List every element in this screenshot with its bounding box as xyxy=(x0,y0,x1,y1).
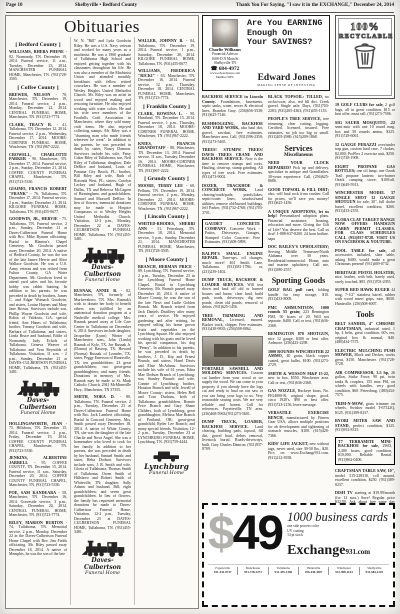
daves-culbertson-funeral-home-ad: Daves-CulbertsonFuneral Home xyxy=(74,538,131,578)
classified-ad-lead: 1000 ROUNDS WINCHESTER 22 AMMO, xyxy=(268,349,329,359)
location-phone: 931-968-1144 xyxy=(329,571,358,575)
classified-section-heading: Sporting Goods xyxy=(268,276,329,285)
classified-ad-lead: T7 TERRAMITE MINI-BACKHOE for sale, xyxy=(338,439,392,449)
obituary-name: CLARK, TRACY R. xyxy=(9,122,56,127)
section-heading-text: Sporting Goods xyxy=(268,276,329,285)
county-heading: [ Lincoln County ] xyxy=(138,214,195,220)
obituary-entry: WHITED-RHODES, SHERRI ANN - 51, Petersbu… xyxy=(138,222,195,254)
section-heading-text: Tools xyxy=(335,310,395,319)
classified-ad-lead: DUMP TRUCK, LOADER, BACKHOE SERVICE. xyxy=(202,419,263,429)
coupon-locations: Fayetteville931-433-9737Manchester931-72… xyxy=(208,564,389,575)
obituary-entry: MOORE, TERRY LEE - 68, Pelham, TN. Decem… xyxy=(138,184,195,211)
exchange-logo-suffix: 931.com xyxy=(345,548,370,556)
obituary-name: KNIES, FRANCIS GRANDSTAFF xyxy=(138,141,195,151)
masthead-region: Shelbyville • Bedford County xyxy=(46,3,166,8)
classified-photo-ad: PORTABLE SAWMILL AND MOLDING SERVICES. C… xyxy=(202,336,263,417)
location-phone: 931-684-1201 xyxy=(360,571,389,575)
classified-ad-lead: 12 GAUGE PERAZZI xyxy=(335,142,376,147)
classified-ad: HERITAGE PISTOL HOLSTER, nice, leather, … xyxy=(335,271,395,285)
county-heading: [ Grundy County ] xyxy=(138,176,195,182)
classifieds-section: Charlie Williams Financial Advisor 1608-… xyxy=(202,15,395,607)
exchange-logo-text: Exchange xyxy=(287,543,345,558)
obituaries-columns: [ Bedford County ]WILLIAMS, RHEBA PHENE … xyxy=(6,37,198,605)
funeral-home-name: Daves-Culbertson xyxy=(74,557,131,571)
classified-ad: BELT SANDER, 4" CHROME CRAFTSMAN, indust… xyxy=(335,322,395,345)
classified-ad-lead: SUPER RED HAWK RUGER xyxy=(335,287,390,292)
classified-ad: CRAFTSMAN TABLE SAW, 10", model 315-2283… xyxy=(335,469,395,487)
classified-ad: RALPH'S SMALL ENGINE REPAIR. Tune-ups, o… xyxy=(202,252,263,275)
coupon-info: 1000 business cards one side process col… xyxy=(282,508,388,559)
classified-boxed-ad: T7 TERRAMITE MINI-BACKHOE for sale, 2WD,… xyxy=(335,437,395,466)
obituary-entry: POE, SAM KANDEARA - 58, Manchester, TN. … xyxy=(9,491,67,518)
obituary-name: RUSNAK, ANNIE B. xyxy=(74,288,121,293)
obituary-entry: CLARK, TRACY R. - 41, Tullahoma, TN. Dec… xyxy=(9,123,67,150)
dollar-sign: $ xyxy=(208,507,233,560)
obituary-entry: WILLIAMS, FREDERICA "RICKI" - 63, Manche… xyxy=(138,69,195,101)
classified-boxed-ad: GAUDET CONCRETE COMPANY. Concrete Work -… xyxy=(202,219,263,248)
classified-section-heading: ServicesMiscellaneous xyxy=(268,144,329,159)
coupon-spec-3: 14 pt stock xyxy=(287,533,388,538)
obituary-name: GIAIMO, FRANCIS ROBERT "FRANK" xyxy=(9,186,67,196)
classified-ad-text: GAUDET CONCRETE COMPANY. Concrete Work -… xyxy=(205,222,260,245)
classified-ad: BACKHOE SERVICE in Lincoln County. Found… xyxy=(202,95,263,118)
classified-ad: 19 GOLF CLUBS for sale, 2 golf bags, all… xyxy=(335,103,395,117)
obituary-name: WILLIAMS, RHEBA PHENE xyxy=(9,49,66,54)
classified-ad-lead: CRAFTSMAN TABLE SAW, 10", xyxy=(335,468,395,473)
county-heading: [ Franklin County ] xyxy=(138,104,195,110)
obituary-entry: RILEY, MARION BURTON - 74, Tullahoma, TN… xyxy=(9,521,67,557)
recyclable-line-2: RECYCLABLE xyxy=(339,33,391,41)
classified-ad: SIG SAUER MOSQUITO, .22 semi-auto with o… xyxy=(335,121,395,139)
classified-ad-lead: REMINGTON 870 SHOTGUN, xyxy=(268,331,329,336)
funeral-home-subname: Funeral Home xyxy=(74,571,131,576)
location-phone: 256-430-4307 xyxy=(299,571,328,575)
classified-ad: REMINGTON 870 SHOTGUN, nice 12 gauge, $3… xyxy=(268,332,329,346)
obituary-name: RILEY, MARION BURTON xyxy=(9,520,66,525)
section-subheading-text: Miscellaneous xyxy=(268,153,329,159)
member-sipc: Member SIPC xyxy=(206,75,244,79)
daves-culbertson-funeral-home-ad: Daves-CulbertsonFuneral Home xyxy=(74,245,131,285)
classified-ad-lead: RALPH'S SMALL ENGINE REPAIR. xyxy=(202,251,263,261)
obituary-entry: BRANCH, HERMAN PRICE - 89, Lynchburg, TN… xyxy=(138,265,195,445)
obituary-column-1: [ Bedford County ]WILLIAMS, RHEBA PHENE … xyxy=(6,37,70,605)
classified-ad: TREE TRIMMING AND REMOVAL, Licensed, ins… xyxy=(202,314,263,332)
classified-ad: PMC AMMUNITION, 1000 rounds 55 grain; 22… xyxy=(268,306,329,329)
classified-ad-lead: VERSATILE EXERCISE BENCH, xyxy=(268,410,329,420)
obituary-entry: GIAIMO, FRANCIS ROBERT "FRANK" - 76, Tul… xyxy=(9,187,67,214)
classified-ad: DUMP TRUCK, BACKHOE & LOADER SERVICES. W… xyxy=(202,278,263,310)
classified-ad-text: PORTABLE SAWMILL AND MOLDING SERVICES. C… xyxy=(202,367,263,417)
classified-ad-lead: DUMP TRUCK, BACKHOE & LOADER SERVICES. xyxy=(202,277,263,287)
classified-ad-lead: PORTABLE SAWMILL AND MOLDING SERVICES. xyxy=(202,366,263,376)
obituary-continuation: W. N. "Bill" and Lyda Goodwin Riley. He … xyxy=(74,39,131,242)
classified-ad-lead: NEED YOUR CLOCK REPAIRED? xyxy=(268,160,329,170)
funeral-home-subname: Funeral Home xyxy=(74,278,131,283)
classified-ad-lead: GAUDET CONCRETE COMPANY. xyxy=(205,221,260,231)
funeral-home-name: Daves-Culbertson xyxy=(9,397,67,411)
obituary-entry: JENKINS, ALBERTINE JARRELL - 95, COFFEE … xyxy=(9,456,67,488)
masthead-slogan: Thank You For Saying, "I saw it in the E… xyxy=(236,3,394,8)
classified-ad-text: T7 TERRAMITE MINI-BACKHOE for sale, 2WD,… xyxy=(338,440,392,463)
price-number: 49 xyxy=(233,507,282,560)
classified-ad: POOL TABLE for sale, all accessories inc… xyxy=(335,249,395,267)
train-engine-icon xyxy=(80,247,126,264)
obituary-name: JENKINS, ALBERTINE JARRELL xyxy=(9,455,67,465)
classified-ad: RYOBI MITER SAW AND STAND, perfect condi… xyxy=(335,419,395,433)
obituary-name: HOLLINGSWORTH, JEAN xyxy=(9,421,66,426)
newspaper-page: Page 10 Shelbyville • Bedford County Tha… xyxy=(0,0,400,614)
trash-can-icon xyxy=(352,41,378,71)
classified-section-heading: Tools xyxy=(335,310,395,319)
section-heading-text: Services xyxy=(268,144,329,153)
classified-ad-lead: DISH TV xyxy=(335,490,353,495)
ad-copy: Are You EARNING Enough On Your SAVINGS? … xyxy=(244,19,326,87)
obituary-name: BREWER, NELSON xyxy=(9,92,56,97)
obituaries-title: Obituaries xyxy=(6,16,198,37)
classified-ad-lead: ELECTRIC MULCHING PUSH MOWER, xyxy=(335,348,395,358)
classified-ad: GOOD TOPSOIL & FILL DIRT; also, will hau… xyxy=(268,188,329,206)
classified-ad-lead: SMITH & WESSON M&P 15-22, xyxy=(268,371,329,376)
obituary-name: WILLIAMS, FREDERICA "RICKI" xyxy=(138,68,195,78)
classified-ad: SUPER RED HAWK RUGER 44 mag, 7-1/2" stai… xyxy=(335,288,395,306)
classified-ad-lead: A UNIQUE ADOPTIONS, let us help! xyxy=(268,209,329,219)
classified-ad-lead: BUSHHOGGING, BACKHOE AND YARD WORK, xyxy=(202,121,263,131)
county-heading: [ Moore County ] xyxy=(138,257,195,263)
obituary-name: WHITED-RHODES, SHERRI ANN xyxy=(138,221,195,231)
obituary-name: GOODWIN, JR., HERVIE xyxy=(9,216,59,221)
classified-ad-lead: 19 GOLF CLUBS for sale, xyxy=(335,103,384,107)
classified-ad-lead: KIDS' LIFE JACKET, xyxy=(268,441,308,446)
classified-ad-lead: EIGHT PROPANE GAS BOTTLES; xyxy=(335,164,395,174)
recyclable-ad: 100% RECYCLABLE xyxy=(335,15,395,99)
obituary-name: MOORE, TERRY LEE xyxy=(138,183,186,188)
classified-ad-lead: DOZER, TRACKHOE & CONCRETE WORK. xyxy=(202,183,263,193)
classified-ad: ELECTRIC MULCHING PUSH MOWER, Black and … xyxy=(335,349,395,367)
coupon-location: Winchester931-968-1144 xyxy=(328,567,358,575)
coupon-top: $49 1000 business cards one side process… xyxy=(208,508,389,560)
obituary-entry: KNIES, FRANCIS GRANDSTAFF - 88, Winchest… xyxy=(138,142,195,174)
classified-ad: GOLF BAG pull cart, folding handle for e… xyxy=(268,288,329,302)
location-phone: 931-728-3273 xyxy=(238,571,267,575)
classified-ad: KIDS' LIFE JACKET, new without tags, nev… xyxy=(268,442,329,460)
classified-ad-lead: TREES! STUMPS! TREES! DAVIS TREES CRANE … xyxy=(202,147,263,161)
county-heading: [ Coffee County ] xyxy=(9,85,67,91)
obituary-entry: RUSNAK, ANNIE B. - 82, Manchester, TN, f… xyxy=(74,289,131,393)
classified-ad: PEOPLE'S TREE SERVICE, tree trimming, cl… xyxy=(268,117,329,140)
funeral-home-subname: Funeral Home xyxy=(138,471,195,476)
classified-ad: SMITH & WESSON M&P 15-22, new in box, $5… xyxy=(268,372,329,386)
classified-ad: 12 GAUGE PERAZZI over/under trap gun, cu… xyxy=(335,143,395,161)
classified-ad: AIR COMPRESSOR, 3.5 hp, 26 gallon, Strik… xyxy=(335,371,395,398)
masthead-rule xyxy=(6,12,394,13)
classified-ad: BUSHHOGGING, BACKHOE AND YARD WORK, also… xyxy=(202,122,263,145)
sawmill-photo xyxy=(202,336,263,366)
obituary-entry: HOLLINGSWORTH, JEAN - 75, Hillsboro, TN.… xyxy=(9,422,67,454)
coupon-price: $49 xyxy=(208,508,282,560)
classified-ad-lead: BACKHOE SERVICE in Lincoln County. xyxy=(202,95,263,104)
exchange-logo: Exchange931.com xyxy=(287,541,388,559)
county-heading: [ Bedford County ] xyxy=(9,42,67,48)
logo-text: Edward Jones xyxy=(247,73,326,83)
train-engine-icon xyxy=(80,540,126,557)
classified-ad-lead: SIG SAUER MOSQUITO, .22 xyxy=(335,120,395,125)
classified-ad: EIGHT PROPANE GAS BOTTLES; one oil lamp;… xyxy=(335,165,395,188)
obituary-entry: WALLER, JOHNNY B. - 84, Tullahoma, TN. D… xyxy=(138,39,195,66)
recyclable-ad-inner: 100% RECYCLABLE xyxy=(338,18,392,96)
obituary-entry: WILLIAMS, RHEBA PHENE - 82, Normandy, TN… xyxy=(9,50,67,82)
classified-ad: TRIM-N-MOW, grass trimmer on wheels, Swi… xyxy=(335,402,395,416)
obituaries-section: Obituaries [ Bedford County ]WILLIAMS, R… xyxy=(5,15,199,609)
location-phone: 931-433-9737 xyxy=(208,571,237,575)
classified-ad-lead: TRIM-N-MOW, xyxy=(335,401,364,406)
classified-ad-lead: DOC BAILEY'S UPHOLSTERY; xyxy=(268,244,329,249)
classified-ad: DOC BAILEY'S UPHOLSTERY; Serving Middle … xyxy=(268,245,329,272)
classified-ad: FLORA CLAY TARGET RANGE NOW OFFERS HANDG… xyxy=(335,218,395,245)
classified-ad: BLACK TOPSOIL: TILLED, no rocks/roots; a… xyxy=(268,95,329,113)
funeral-home-subname: Funeral Home xyxy=(9,411,67,416)
coupon-location: Huntsville256-430-4307 xyxy=(298,567,328,575)
logo-tagline: MAKING SENSE OF INVESTING xyxy=(247,83,326,87)
classified-ad: DOZER, TRACKHOE & CONCRETE WORK. Land cl… xyxy=(202,184,263,216)
obituary-name: CROWELL, CHARLOTTE PARKER xyxy=(9,152,67,162)
classified-ad-lead: HERITAGE PISTOL HOLSTER, xyxy=(335,270,395,275)
classified-ad-lead: POOL TABLE for sale, xyxy=(335,248,387,253)
classified-ad: GAS NOZZLE, Buckeye brass, No. FIG4000-B… xyxy=(268,389,329,407)
advisor-photo xyxy=(212,19,238,47)
classified-ad-lead: GOOD TOPSOIL & FILL DIRT; xyxy=(268,187,329,192)
classified-ad-lead: AIR COMPRESSOR, 3.5 hp, xyxy=(335,370,389,375)
advisor-info: Charlie Williams Financial Advisor 1608-… xyxy=(206,19,244,87)
classified-ad-lead: PEOPLE'S TREE SERVICE, xyxy=(268,116,321,121)
daves-culbertson-funeral-home-ad: Daves-CulbertsonFuneral Home xyxy=(9,378,67,418)
hearse-icon xyxy=(152,450,182,462)
classified-ad-lead: BLACK TOPSOIL: TILLED, xyxy=(268,95,323,99)
obituary-name: CLARK, ROWENA L. xyxy=(138,111,186,116)
coupon-location: Manchester931-728-3273 xyxy=(237,567,267,575)
obituary-entry: SMITH, NORA D. - 80, Tullahoma, TN. Fune… xyxy=(74,395,131,535)
obituary-entry: CLARK, ROWENA L. - 90, Huntland, TN. Dec… xyxy=(138,112,195,139)
classified-ad-lead: RYOBI MITER SAW AND STAND, xyxy=(335,418,395,428)
coupon-product: 1000 business cards xyxy=(287,511,388,524)
obituary-column-3: WALLER, JOHNNY B. - 84, Tullahoma, TN. D… xyxy=(134,37,198,605)
coupon-location: Tullahoma931-455-1360 xyxy=(268,567,298,575)
classified-ad: DUMP TRUCK, LOADER, BACKHOE SERVICE. Lan… xyxy=(202,420,263,452)
coupon-location: Fayetteville931-433-9737 xyxy=(208,567,237,575)
classified-ad: 1000 ROUNDS WINCHESTER 22 AMMO, 40 grain… xyxy=(268,350,329,368)
business-cards-coupon-ad: $49 1000 business cards one side process… xyxy=(202,503,395,607)
lynchburg-funeral-home-ad: LynchburgFuneral Home xyxy=(138,448,195,478)
classified-ad-lead: GOLF BAG pull cart, xyxy=(268,287,314,292)
classified-ad: WINCHESTER MODEL 37 SINGLE SHOT 12 GAUGE… xyxy=(335,191,395,214)
obituary-name: SMITH, NORA D. xyxy=(74,394,120,399)
edward-jones-ad: Charlie Williams Financial Advisor 1608-… xyxy=(202,15,330,91)
obituary-entry: GOODWIN, JR., HERVIE - 75, Tullahoma, TN… xyxy=(9,217,67,375)
masthead: Page 10 Shelbyville • Bedford County Tha… xyxy=(6,3,394,12)
classified-ad: NEED YOUR CLOCK REPAIRED? Pick up and de… xyxy=(268,161,329,184)
obituary-column-2: W. N. "Bill" and Lyda Goodwin Riley. He … xyxy=(70,37,134,605)
obituary-entry: BREWER, NELSON - 70, Manchester, TN. Dec… xyxy=(9,93,67,120)
classified-ad-lead: PMC AMMUNITION, 1000 rounds 55 grain; xyxy=(268,305,329,315)
edward-jones-logo: Edward Jones MAKING SENSE OF INVESTING xyxy=(247,73,326,87)
classified-ad: VERSATILE EXERCISE BENCH, manufactured b… xyxy=(268,411,329,438)
ad-headline-3: Your SAVINGS? xyxy=(247,38,326,48)
funeral-home-name: Daves-Culbertson xyxy=(74,264,131,278)
classified-ad-lead: WINCHESTER MODEL 37 SINGLE SHOT 12 GAUGE… xyxy=(335,190,395,204)
classified-ad: A UNIQUE ADOPTIONS, let us help! Persona… xyxy=(268,210,329,242)
classified-ad-lead: FLORA CLAY TARGET RANGE NOW OFFERS HANDG… xyxy=(335,217,395,245)
classified-ad-lead: BELT SANDER, 4" CHROME CRAFTSMAN, xyxy=(335,321,395,331)
classified-ad-lead: GAS NOZZLE, xyxy=(268,388,296,393)
train-engine-icon xyxy=(15,380,61,397)
coupon-location: Shelbyville931-684-1201 xyxy=(359,567,389,575)
obituary-name: WALLER, JOHNNY B. xyxy=(138,38,186,43)
obituary-name: BRANCH, HERMAN PRICE xyxy=(138,264,194,269)
classified-ad: TREES! STUMPS! TREES! DAVIS TREES CRANE … xyxy=(202,148,263,180)
page-number: Page 10 xyxy=(6,3,23,8)
location-phone: 931-455-1360 xyxy=(269,571,298,575)
classified-ad-lead: TREE TRIMMING AND REMOVAL, xyxy=(202,313,263,323)
funeral-home-name: Lynchburg xyxy=(138,462,195,471)
obituary-entry: CROWELL, CHARLOTTE PARKER - 90, Manchest… xyxy=(9,153,67,185)
recyclable-line-1: 100% xyxy=(339,22,391,33)
obituary-name: POE, SAM KANDEARA xyxy=(9,490,58,495)
